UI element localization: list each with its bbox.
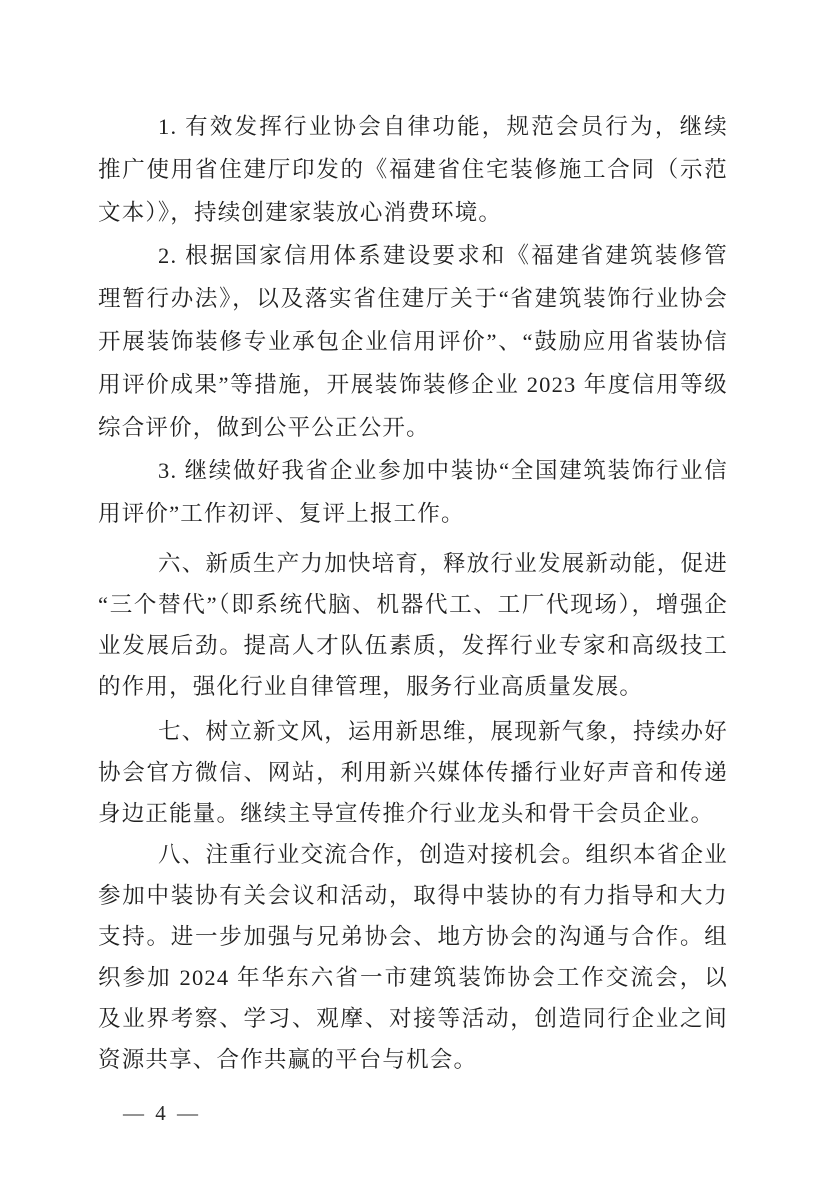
paragraph-section-6: 六、新质生产力加快培育，释放行业发展新动能，促进“三个替代”（即系统代脑、机器代… [98, 543, 728, 707]
document-page: 1. 有效发挥行业协会自律功能，规范会员行为，继续推广使用省住建厅印发的《福建省… [0, 0, 840, 1188]
paragraph-item-1: 1. 有效发挥行业协会自律功能，规范会员行为，继续推广使用省住建厅印发的《福建省… [98, 105, 728, 234]
paragraph-item-2: 2. 根据国家信用体系建设要求和《福建省建筑装修管理暂行办法》，以及落实省住建厅… [98, 234, 728, 449]
paragraph-item-3: 3. 继续做好我省企业参加中装协“全国建筑装饰行业信用评价”工作初评、复评上报工… [98, 449, 728, 535]
paragraph-section-7: 七、树立新文风，运用新思维，展现新气象，持续办好协会官方微信、网站，利用新兴媒体… [98, 711, 728, 834]
page-number: — 4 — [123, 1100, 728, 1126]
paragraph-section-8: 八、注重行业交流合作，创造对接机会。组织本省企业参加中装协有关会议和活动，取得中… [98, 834, 728, 1080]
